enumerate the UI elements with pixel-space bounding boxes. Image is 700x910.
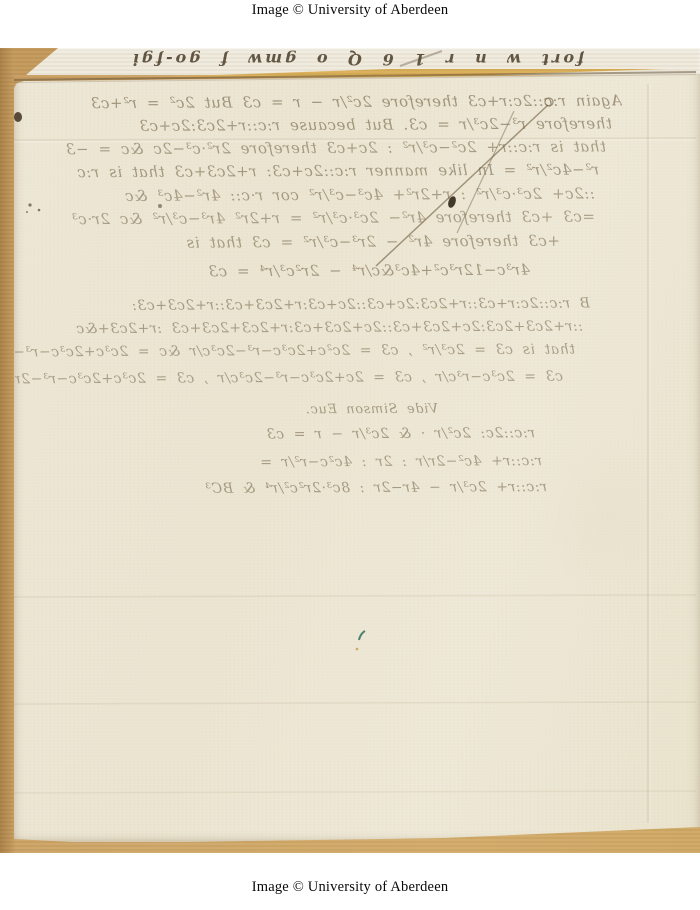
manuscript-scan-page: Image © University of Aberdeen fort w n …	[0, 0, 700, 910]
scan-area: fort w n r 1 6 Q o gmw f go-fgi Again r:…	[0, 48, 700, 853]
mat-left-edge	[0, 48, 16, 853]
credit-line-top: Image © University of Aberdeen	[0, 2, 700, 19]
bottom-credit-band: Image © University of Aberdeen	[0, 853, 700, 910]
manuscript-page	[14, 74, 700, 842]
credit-line-bottom: Image © University of Aberdeen	[0, 879, 700, 896]
strip-handwriting: fort w n r 1 6 Q o gmw f go-fgi	[98, 39, 584, 69]
